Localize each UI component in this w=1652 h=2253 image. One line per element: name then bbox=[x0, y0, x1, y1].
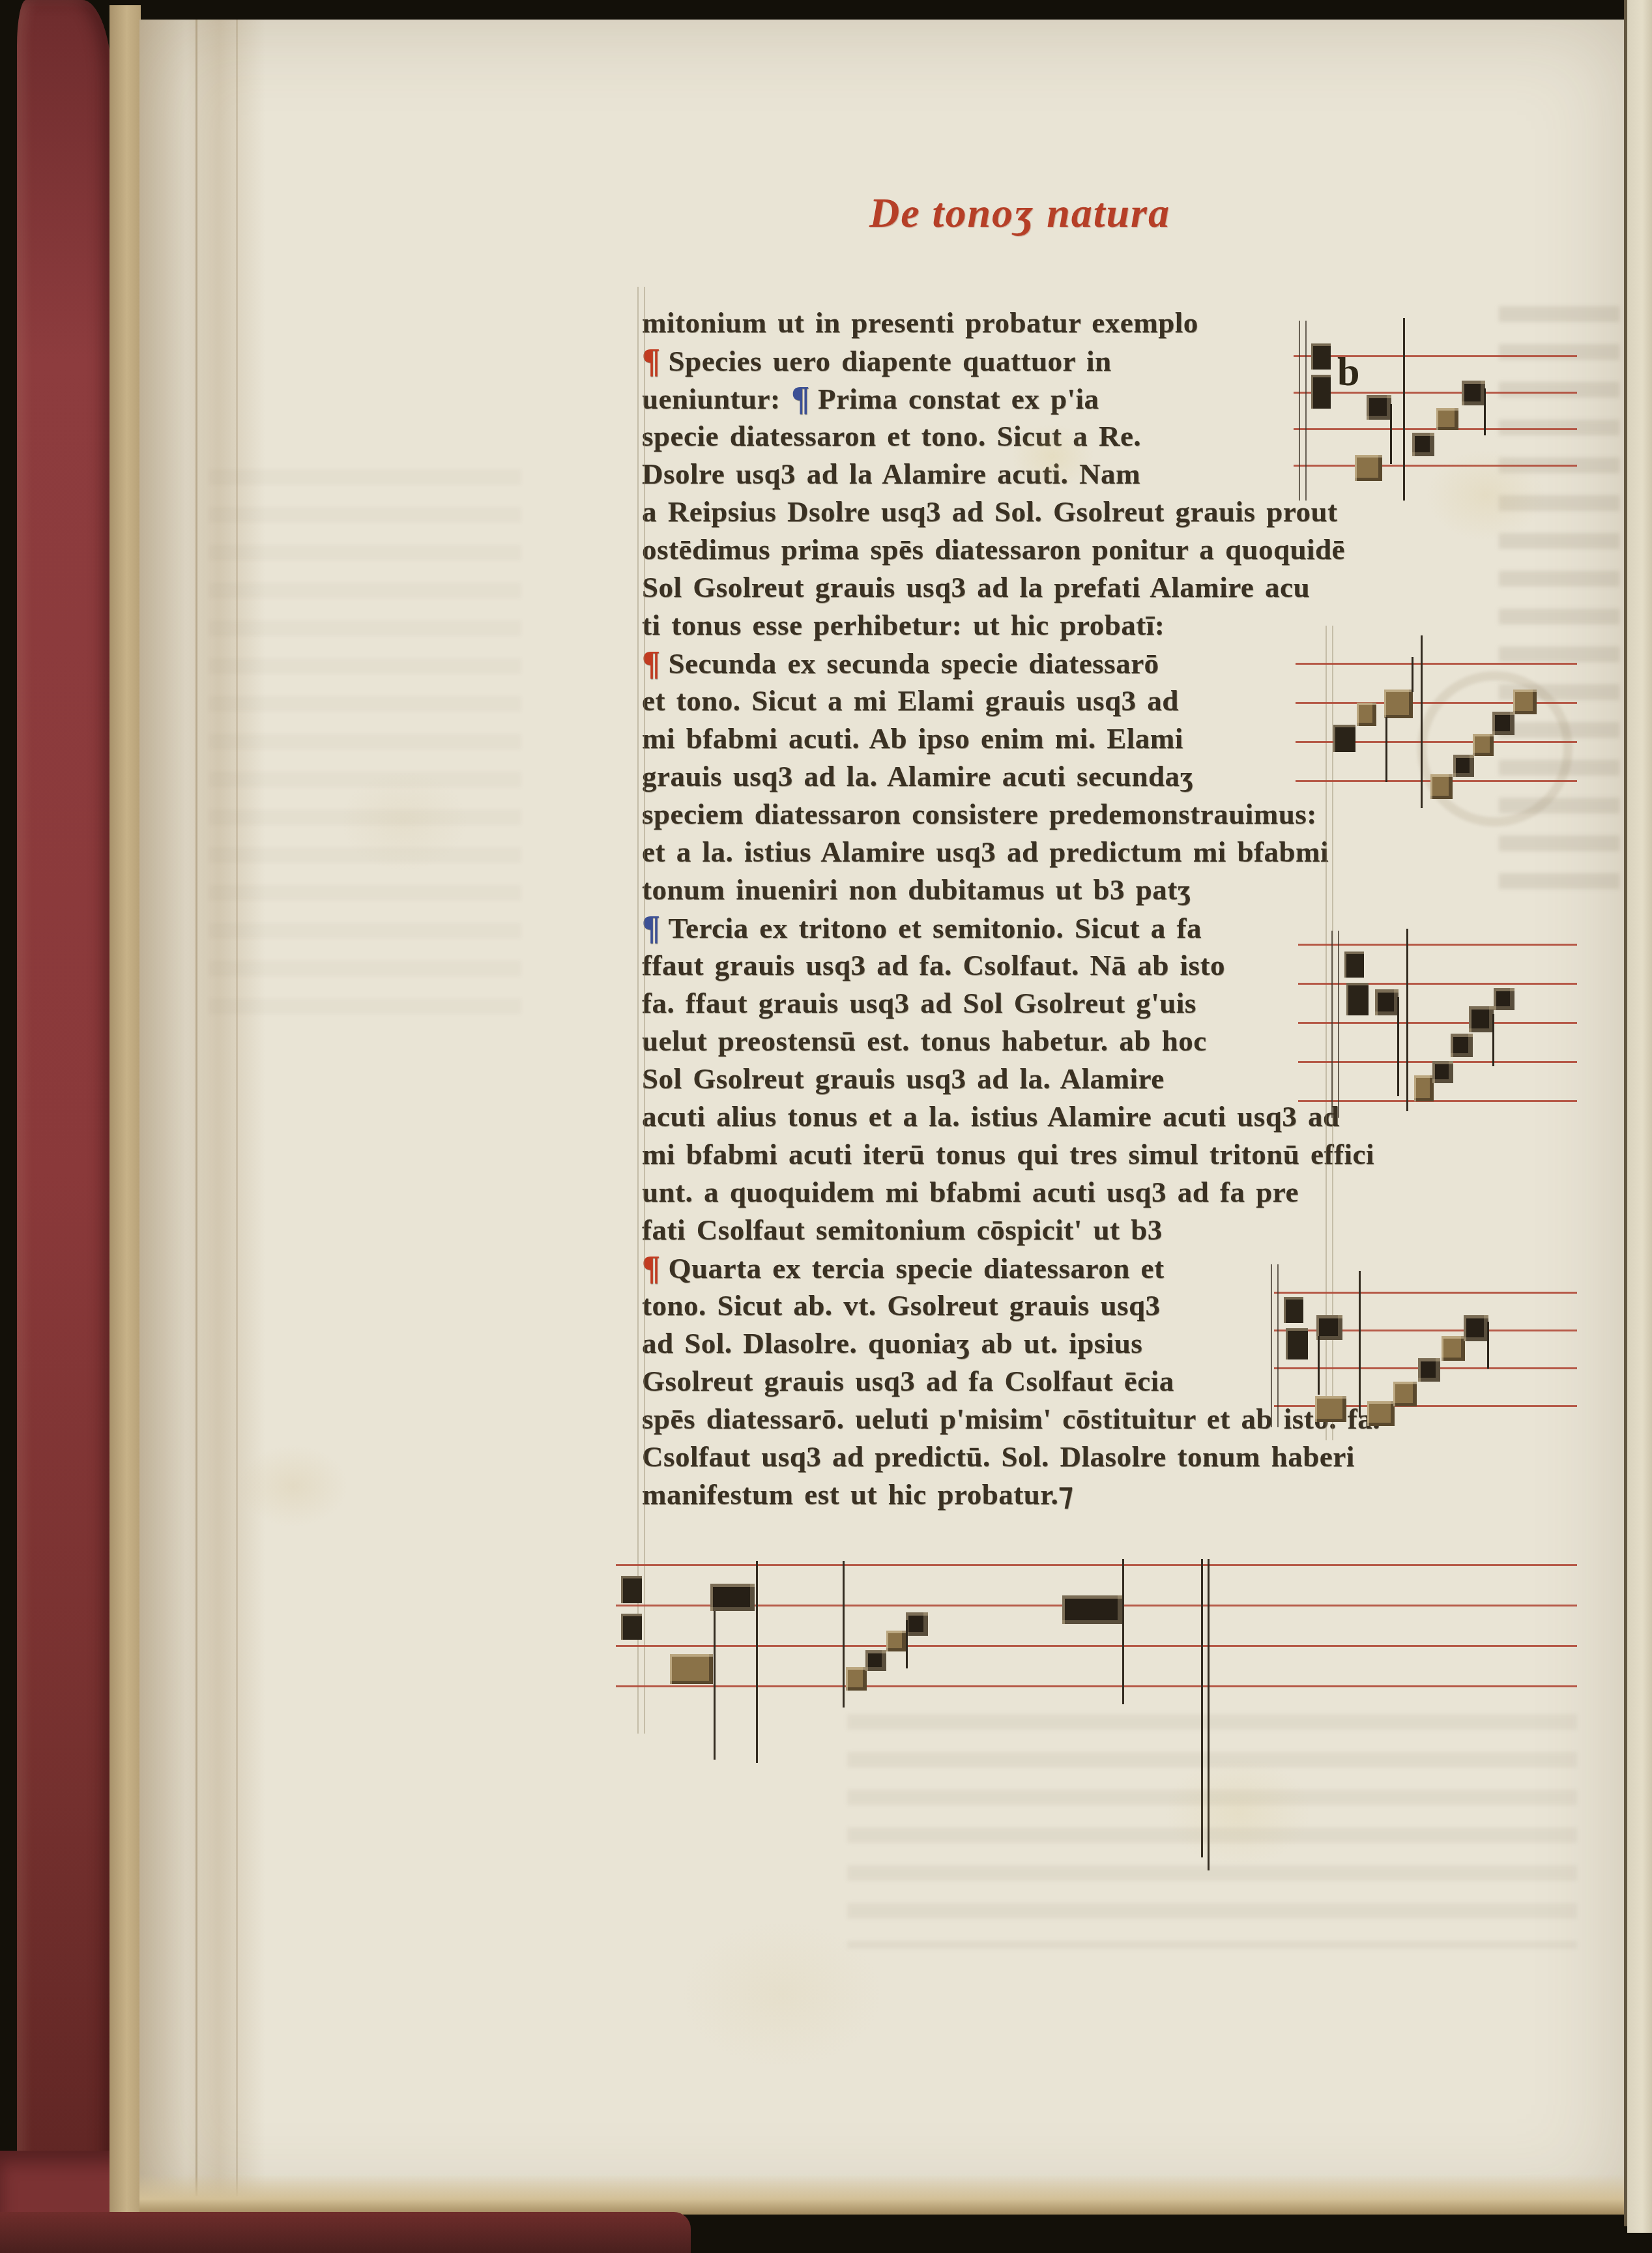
page-stack-edge-left bbox=[109, 5, 141, 2239]
staff-line bbox=[1296, 663, 1577, 665]
note-stem bbox=[1318, 1336, 1320, 1395]
staff-line bbox=[1298, 983, 1577, 985]
text-line: manifestum est ut hic probatur.⁊ bbox=[642, 1475, 1509, 1513]
text-segment: ueniuntur: bbox=[642, 383, 791, 415]
bar-line bbox=[1359, 1271, 1361, 1417]
staff-line bbox=[616, 1645, 1577, 1647]
square-note bbox=[1414, 1075, 1434, 1101]
text-segment: manifestum est ut hic probatur.⁊ bbox=[642, 1478, 1073, 1511]
text-segment: a Reipsius Dsolre usq3 ad Sol. Gsolreut … bbox=[642, 495, 1337, 528]
text-segment: specie diatessaron et tono. Sicut a Re. bbox=[642, 420, 1141, 452]
square-note bbox=[1436, 408, 1458, 430]
square-note bbox=[846, 1667, 867, 1691]
staff-start-rule bbox=[1277, 1264, 1279, 1427]
fold-line bbox=[236, 20, 238, 2196]
text-line: uelut preostensū est. tonus habetur. ab … bbox=[642, 1022, 1509, 1060]
text-segment: et tono. Sicut a mi Elami grauis usq3 ad bbox=[642, 684, 1179, 717]
square-note bbox=[1451, 1034, 1473, 1057]
square-note bbox=[670, 1654, 713, 1684]
bar-line bbox=[756, 1561, 758, 1763]
staff-line bbox=[1298, 1022, 1577, 1024]
text-line: specie diatessaron et tono. Sicut a Re. bbox=[642, 417, 1509, 455]
flat-sign: b bbox=[1337, 352, 1359, 392]
text-line: acuti alius tonus et a la. istius Alamir… bbox=[642, 1097, 1509, 1135]
staff-start-rule bbox=[1331, 931, 1333, 1118]
text-line: speciem diatessaron consistere predemons… bbox=[642, 795, 1509, 833]
text-block: mitonium ut in presenti probatur exemplo… bbox=[642, 304, 1509, 1513]
bar-line bbox=[1406, 929, 1408, 1111]
text-segment: Secunda ex secunda specie diatessarō bbox=[669, 647, 1159, 680]
square-note bbox=[1315, 1396, 1346, 1422]
book-photo: De tonoʒ natura mitonium ut in presenti … bbox=[0, 0, 1652, 2253]
text-line: et a la. istius Alamire usq3 ad predictu… bbox=[642, 833, 1509, 871]
text-segment: Prima constat ex p'ia bbox=[818, 383, 1099, 415]
spine-leather bbox=[17, 0, 112, 2253]
clef-square bbox=[1286, 1328, 1308, 1359]
text-segment: tonum inueniri non dubitamus ut b3 patʒ bbox=[642, 873, 1191, 906]
square-note bbox=[1464, 1315, 1488, 1341]
square-note bbox=[1492, 712, 1514, 735]
text-segment: mi bfabmi acuti iterū tonus qui tres sim… bbox=[642, 1138, 1374, 1170]
staff-line bbox=[1298, 944, 1577, 946]
staff-line bbox=[1294, 465, 1577, 467]
square-note bbox=[1412, 433, 1434, 456]
square-note bbox=[710, 1584, 755, 1611]
text-segment: Tercia ex tritono et semitonio. Sicut a … bbox=[669, 912, 1202, 944]
square-note bbox=[1430, 774, 1453, 799]
text-line: a Reipsius Dsolre usq3 ad Sol. Gsolreut … bbox=[642, 493, 1509, 531]
square-note bbox=[1316, 1315, 1342, 1340]
ruling-line bbox=[637, 287, 639, 1734]
text-line: Sol Gsolreut grauis usq3 ad la. Alamire bbox=[642, 1060, 1509, 1097]
text-line: Sol Gsolreut grauis usq3 ad la prefati A… bbox=[642, 568, 1509, 606]
bar-line bbox=[1208, 1559, 1210, 1870]
bar-line bbox=[1421, 635, 1423, 808]
text-line: et tono. Sicut a mi Elami grauis usq3 ad bbox=[642, 682, 1509, 720]
text-line: ffaut grauis usq3 ad fa. Csolfaut. Nā ab… bbox=[642, 946, 1509, 984]
ruling-line bbox=[644, 287, 645, 1734]
blue-pilcrow-mark: ¶ bbox=[791, 381, 810, 418]
staff-start-rule bbox=[1305, 321, 1307, 501]
square-note bbox=[886, 1631, 906, 1651]
square-note bbox=[1462, 381, 1485, 405]
text-segment: mitonium ut in presenti probatur exemplo bbox=[642, 306, 1198, 339]
text-segment: Gsolreut grauis usq3 ad fa Csolfaut ēcia bbox=[642, 1365, 1174, 1397]
clef-square bbox=[621, 1576, 642, 1603]
clef-square bbox=[1333, 725, 1355, 752]
clef-square bbox=[1284, 1297, 1303, 1323]
staff-line bbox=[1274, 1292, 1577, 1294]
text-line: mitonium ut in presenti probatur exemplo bbox=[642, 304, 1509, 342]
bar-line bbox=[1403, 318, 1405, 501]
text-segment: Sol Gsolreut grauis usq3 ad la prefati A… bbox=[642, 571, 1310, 603]
bar-line bbox=[714, 1585, 716, 1760]
text-segment: ti tonus esse perhibetur: ut hic probatī… bbox=[642, 609, 1165, 641]
square-note bbox=[1418, 1358, 1440, 1382]
text-segment: acuti alius tonus et a la. istius Alamir… bbox=[642, 1100, 1340, 1133]
text-segment: Dsolre usq3 ad la Alamire acuti. Nam bbox=[642, 458, 1140, 490]
note-stem bbox=[1484, 388, 1486, 435]
text-segment: fati Csolfaut semitonium cōspicit' ut b3 bbox=[642, 1214, 1163, 1246]
text-segment: uelut preostensū est. tonus habetur. ab … bbox=[642, 1025, 1207, 1057]
staff-line bbox=[1298, 1100, 1577, 1102]
page-heading: De tonoʒ natura bbox=[642, 189, 1398, 245]
square-note bbox=[1469, 1006, 1494, 1032]
square-note bbox=[1513, 690, 1537, 714]
square-note bbox=[1453, 755, 1474, 777]
text-line: grauis usq3 ad la. Alamire acuti secunda… bbox=[642, 757, 1509, 795]
staff-line bbox=[1294, 355, 1577, 357]
square-note bbox=[1357, 703, 1376, 726]
text-segment: spēs diatessarō. ueluti p'misim' cōstitu… bbox=[642, 1403, 1380, 1435]
clef-square bbox=[1344, 952, 1364, 978]
text-segment: ostēdimus prima spēs diatessaron ponitur… bbox=[642, 533, 1345, 566]
text-segment: ffaut grauis usq3 ad fa. Csolfaut. Nā ab… bbox=[642, 949, 1225, 981]
note-stem bbox=[1492, 1014, 1494, 1066]
staff-line bbox=[616, 1564, 1577, 1566]
note-stem bbox=[1487, 1322, 1489, 1369]
square-note bbox=[1393, 1382, 1417, 1406]
cover-leather-bottom bbox=[0, 2212, 691, 2253]
text-line: ¶Quarta ex tercia specie diatessaron et bbox=[642, 1249, 1509, 1286]
square-note bbox=[1494, 988, 1514, 1010]
text-segment: grauis usq3 ad la. Alamire acuti secunda… bbox=[642, 760, 1194, 792]
next-page-edge bbox=[1627, 0, 1652, 2233]
text-line: ¶Species uero diapente quattuor in bbox=[642, 342, 1509, 379]
staff-start-rule bbox=[1338, 931, 1339, 1118]
note-stem bbox=[1390, 404, 1392, 464]
square-note bbox=[1473, 734, 1494, 756]
text-segment: fa. ffaut grauis usq3 ad Sol Gsolreut g'… bbox=[642, 987, 1196, 1019]
bar-line bbox=[1201, 1559, 1203, 1857]
staff-line bbox=[616, 1685, 1577, 1687]
note-stem bbox=[906, 1620, 908, 1668]
square-note bbox=[1367, 395, 1391, 420]
note-stem bbox=[1385, 717, 1387, 782]
bar-line bbox=[1122, 1559, 1124, 1704]
staff-start-rule bbox=[1271, 1264, 1272, 1427]
note-stem bbox=[1412, 657, 1413, 692]
clef-square bbox=[1311, 375, 1331, 409]
text-segment: Species uero diapente quattuor in bbox=[669, 345, 1112, 377]
text-line: Csolfaut usq3 ad predictū. Sol. Dlasolre… bbox=[642, 1438, 1509, 1475]
staff-line bbox=[1294, 392, 1577, 394]
square-note bbox=[1367, 1401, 1395, 1426]
text-line: mi bfabmi acuti iterū tonus qui tres sim… bbox=[642, 1135, 1509, 1173]
text-segment: speciem diatessaron consistere predemons… bbox=[642, 798, 1317, 830]
square-note bbox=[1062, 1595, 1122, 1624]
gutter-shadow bbox=[139, 20, 276, 2215]
text-line: ostēdimus prima spēs diatessaron ponitur… bbox=[642, 531, 1509, 568]
text-line: tonum inueniri non dubitamus ut b3 patʒ bbox=[642, 871, 1509, 908]
clef-square bbox=[621, 1614, 642, 1640]
staff-start-rule bbox=[1299, 321, 1300, 501]
text-segment: Sol Gsolreut grauis usq3 ad la. Alamire bbox=[642, 1062, 1165, 1095]
text-segment: mi bfabmi acuti. Ab ipso enim mi. Elami bbox=[642, 722, 1183, 755]
square-note bbox=[1384, 690, 1413, 718]
text-segment: ad Sol. Dlasolre. quoniaʒ ab ut. ipsius bbox=[642, 1327, 1142, 1359]
text-line: ¶Tercia ex tritono et semitonio. Sicut a… bbox=[642, 908, 1509, 946]
text-segment: unt. a quoquidem mi bfabmi acuti usq3 ad… bbox=[642, 1176, 1299, 1208]
text-segment: Csolfaut usq3 ad predictū. Sol. Dlasolre… bbox=[642, 1440, 1355, 1473]
square-note bbox=[1432, 1061, 1453, 1083]
text-line: fati Csolfaut semitonium cōspicit' ut b3 bbox=[642, 1211, 1509, 1249]
show-through-text bbox=[209, 469, 521, 1030]
page-stack-edge-bottom bbox=[139, 2174, 1625, 2215]
square-note bbox=[865, 1650, 886, 1671]
square-note bbox=[1375, 989, 1398, 1015]
text-line: ti tonus esse perhibetur: ut hic probatī… bbox=[642, 606, 1509, 644]
square-note bbox=[906, 1612, 928, 1636]
text-segment: Quarta ex tercia specie diatessaron et bbox=[669, 1252, 1165, 1285]
fold-line bbox=[196, 20, 197, 2196]
text-line: mi bfabmi acuti. Ab ipso enim mi. Elami bbox=[642, 720, 1509, 757]
square-note bbox=[1355, 455, 1382, 481]
staff-line bbox=[1294, 428, 1577, 430]
text-line: unt. a quoquidem mi bfabmi acuti usq3 ad… bbox=[642, 1173, 1509, 1211]
square-note bbox=[1442, 1336, 1465, 1361]
clef-square bbox=[1311, 343, 1331, 370]
bar-line bbox=[843, 1561, 845, 1708]
show-through-text bbox=[847, 1714, 1577, 1949]
clef-square bbox=[1346, 983, 1369, 1015]
text-segment: et a la. istius Alamire usq3 ad predictu… bbox=[642, 836, 1329, 868]
text-segment: tono. Sicut ab. vt. Gsolreut grauis usq3 bbox=[642, 1289, 1161, 1322]
note-stem bbox=[1397, 997, 1399, 1096]
